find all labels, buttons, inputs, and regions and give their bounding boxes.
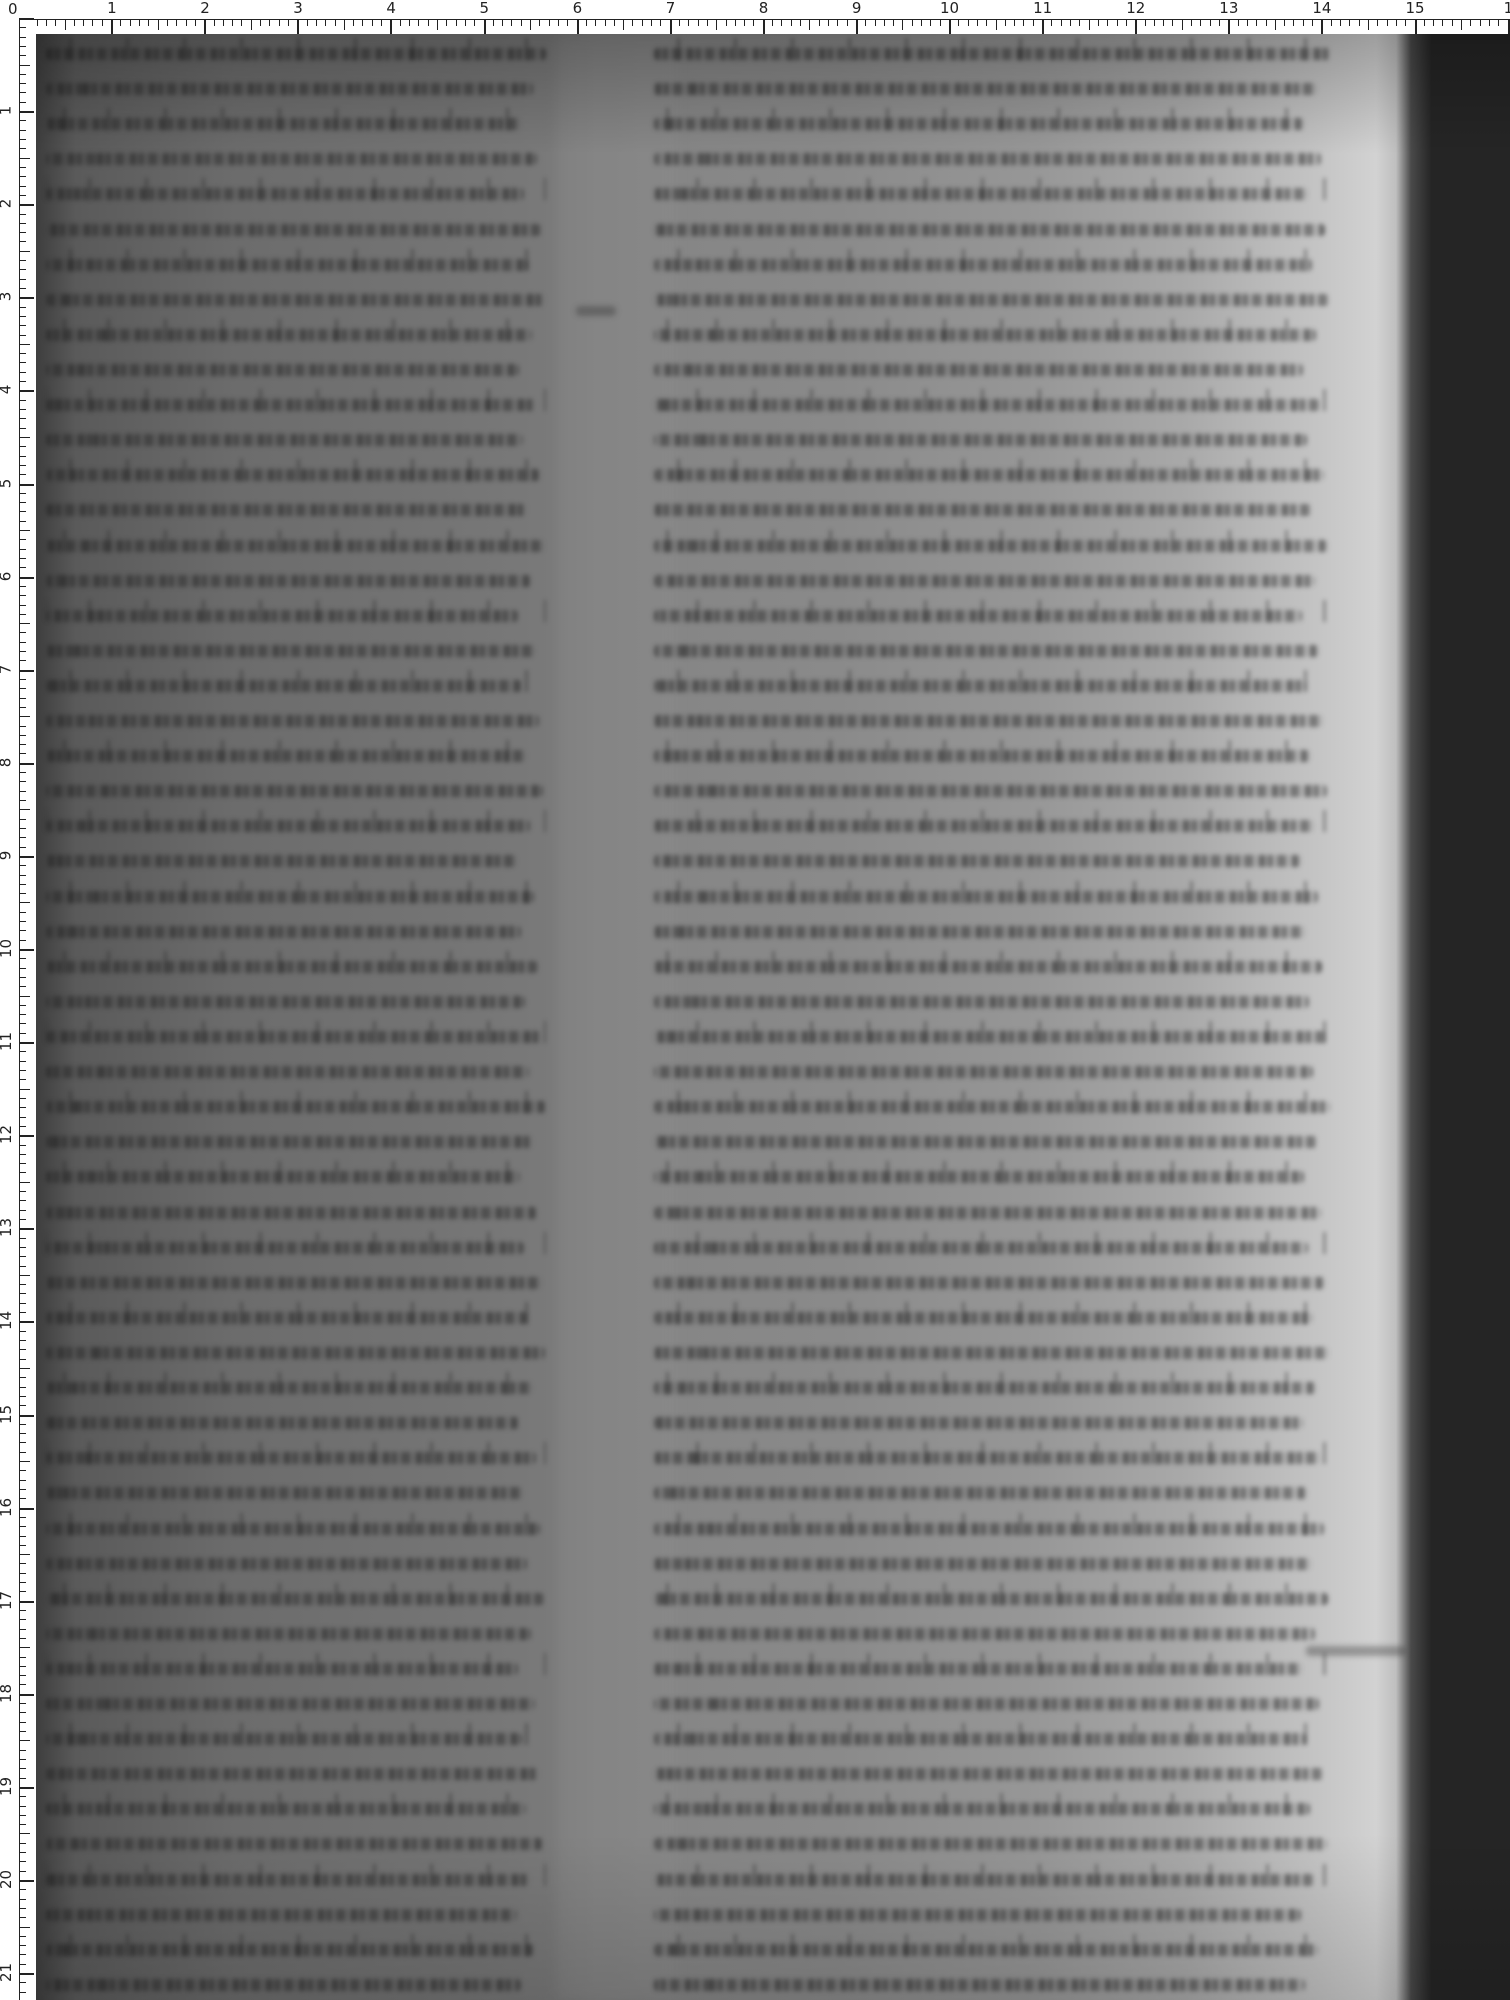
left-ruler-tick: [20, 958, 26, 959]
top-ruler-tick: [1079, 20, 1080, 26]
script-ascenders: [46, 1723, 546, 1745]
top-ruler-tick: [1051, 20, 1052, 26]
script-ascenders: [46, 530, 546, 552]
left-ruler-tick: [20, 139, 26, 140]
top-ruler-tick: [335, 20, 336, 26]
left-ruler-tick: [20, 409, 26, 410]
script-line: [46, 224, 541, 236]
top-ruler-tick: [1266, 20, 1267, 26]
left-ruler-tick: [20, 1768, 26, 1769]
script-ascenders: [46, 740, 546, 762]
script-line: [654, 224, 1325, 236]
script-line: [654, 996, 1309, 1008]
left-ruler-tick: [20, 1275, 30, 1276]
script-ascenders: [46, 38, 546, 60]
top-ruler-tick: [688, 20, 689, 26]
left-ruler-tick: [20, 912, 26, 913]
script-line: [654, 1979, 1305, 1991]
left-ruler-tick: [20, 1954, 26, 1955]
left-ruler-tick: [20, 1005, 26, 1006]
script-line: [46, 855, 517, 867]
left-ruler-tick: [20, 1545, 26, 1546]
left-ruler-tick: [20, 586, 26, 587]
left-ruler-tick: [20, 1145, 26, 1146]
left-ruler-tick: [20, 1992, 26, 1993]
top-ruler-tick: [1256, 20, 1257, 26]
left-ruler-tick: [20, 660, 26, 661]
top-ruler-label: 1: [1504, 1, 1510, 16]
left-ruler-label: 14: [0, 1311, 14, 1330]
gutter-mark: [576, 306, 616, 316]
left-ruler-tick: [20, 158, 30, 159]
left-ruler-tick: [20, 344, 30, 345]
top-ruler-tick: [1238, 20, 1239, 26]
left-ruler-tick: [20, 316, 26, 317]
top-ruler-tick: [1200, 20, 1201, 26]
left-ruler-tick: [20, 204, 34, 206]
left-ruler-tick: [20, 763, 34, 765]
script-line: [46, 1417, 519, 1429]
right-text-column: [654, 34, 1330, 2000]
script-ascenders: [654, 319, 1330, 341]
left-ruler-tick: [20, 921, 26, 922]
top-ruler-tick: [772, 20, 773, 26]
left-ruler-tick: [20, 428, 26, 429]
script-ascenders: [46, 389, 546, 411]
left-ruler-tick: [20, 977, 26, 978]
top-ruler-tick: [362, 20, 363, 26]
left-ruler-tick: [20, 1982, 26, 1983]
left-ruler-tick: [20, 828, 26, 829]
left-ruler-tick: [20, 1172, 26, 1173]
left-ruler-tick: [20, 390, 34, 392]
left-ruler-tick: [20, 1228, 34, 1230]
left-ruler-tick: [20, 1415, 34, 1417]
top-ruler-tick: [1014, 20, 1015, 26]
script-ascenders: [46, 951, 546, 973]
top-ruler-tick: [269, 20, 270, 26]
top-ruler-label: 7: [666, 1, 676, 16]
left-ruler-tick: [20, 325, 26, 326]
top-ruler-tick: [1359, 20, 1360, 26]
left-ruler-tick: [20, 726, 26, 727]
left-ruler-tick: [20, 418, 26, 419]
top-ruler-tick: [223, 20, 224, 26]
top-ruler-tick: [698, 20, 699, 26]
top-ruler-tick: [493, 20, 494, 26]
script-line: [46, 1768, 539, 1780]
script-line: [46, 645, 535, 657]
left-ruler-tick: [20, 930, 26, 931]
manuscript-photo: [36, 34, 1510, 2000]
top-ruler-tick: [456, 20, 457, 26]
left-ruler-label: 20: [0, 1870, 14, 1889]
script-line: [654, 715, 1323, 727]
top-ruler-tick: [92, 20, 93, 26]
left-ruler-tick: [20, 1303, 26, 1304]
top-ruler-tick: [511, 20, 512, 26]
script-ascenders: [46, 108, 546, 130]
left-ruler-label: 11: [0, 1032, 14, 1051]
top-ruler-tick: [102, 20, 103, 26]
top-ruler-tick: [1247, 20, 1248, 26]
left-ruler-tick: [20, 1778, 26, 1779]
left-text-column: [46, 34, 546, 2000]
top-ruler-tick: [1275, 20, 1276, 30]
script-ascenders: [654, 740, 1330, 762]
left-ruler-label: 4: [0, 385, 13, 395]
script-line: [46, 1487, 523, 1499]
script-line: [46, 434, 523, 446]
left-ruler-tick: [20, 530, 30, 531]
script-line: [46, 83, 533, 95]
script-ascenders: [46, 319, 546, 341]
left-ruler-tick: [20, 1684, 26, 1685]
top-ruler-tick: [195, 20, 196, 26]
left-ruler-tick: [20, 120, 26, 121]
left-ruler-tick: [20, 1433, 26, 1434]
top-ruler-tick: [549, 20, 550, 26]
script-ascenders: [654, 1723, 1330, 1745]
left-ruler-tick: [20, 986, 26, 987]
top-ruler-tick: [241, 20, 242, 26]
top-ruler-tick: [670, 20, 672, 34]
top-ruler-tick: [837, 20, 838, 26]
script-ascenders: [654, 1232, 1330, 1254]
left-ruler-tick: [20, 819, 26, 820]
left-ruler-tick: [20, 1387, 26, 1388]
top-ruler-tick: [139, 20, 140, 26]
left-ruler-label: 19: [0, 1777, 14, 1796]
script-ascenders: [46, 600, 546, 622]
top-ruler-label: 8: [759, 1, 769, 16]
script-line: [46, 1066, 529, 1078]
top-ruler-tick: [921, 20, 922, 26]
script-ascenders: [654, 670, 1330, 692]
left-ruler-tick: [20, 1070, 26, 1071]
left-ruler-tick: [20, 1442, 26, 1443]
top-ruler-tick: [577, 20, 579, 34]
left-ruler-tick: [20, 195, 26, 196]
left-ruler-tick: [20, 1908, 26, 1909]
top-ruler-tick: [167, 20, 168, 26]
top-ruler-tick: [279, 20, 280, 26]
top-ruler-tick: [586, 20, 587, 26]
top-ruler-tick: [1126, 20, 1127, 26]
binding-shadow: [1431, 34, 1510, 2000]
left-ruler-tick: [20, 1871, 26, 1872]
script-ascenders: [46, 1934, 546, 1956]
script-line: [654, 1347, 1329, 1359]
top-ruler-tick: [1442, 20, 1443, 26]
script-line: [654, 1417, 1303, 1429]
left-ruler-tick: [20, 1629, 26, 1630]
script-line: [654, 855, 1301, 867]
left-ruler-tick: [20, 1126, 26, 1127]
top-ruler-tick: [484, 20, 486, 34]
script-ascenders: [46, 1513, 546, 1535]
script-ascenders: [46, 1021, 546, 1043]
script-ascenders: [46, 1091, 546, 1113]
script-line: [46, 1628, 531, 1640]
script-ascenders: [654, 1021, 1330, 1043]
top-ruler-tick: [642, 20, 643, 26]
left-ruler-tick: [20, 186, 26, 187]
script-line: [654, 83, 1317, 95]
top-ruler-tick: [958, 20, 959, 26]
script-ascenders: [46, 249, 546, 271]
left-ruler-tick: [20, 1536, 26, 1537]
top-ruler-tick: [912, 20, 913, 26]
script-ascenders: [654, 1864, 1330, 1886]
left-ruler-tick: [20, 102, 26, 103]
left-ruler-tick: [20, 735, 26, 736]
script-line: [46, 364, 519, 376]
left-ruler-tick: [20, 1377, 26, 1378]
top-ruler-tick: [930, 20, 931, 26]
left-ruler-tick: [20, 18, 34, 20]
left-ruler-tick: [20, 1135, 34, 1137]
left-ruler-tick: [20, 1368, 30, 1369]
top-ruler-tick: [996, 20, 997, 30]
top-ruler-tick: [260, 20, 261, 26]
left-ruler-tick: [20, 539, 26, 540]
top-ruler-tick: [409, 20, 410, 26]
script-line: [46, 1347, 545, 1359]
left-ruler-tick: [20, 260, 26, 261]
left-ruler-tick: [20, 1079, 26, 1080]
left-ruler-tick: [20, 1563, 26, 1564]
top-ruler-label: 15: [1406, 1, 1425, 16]
left-ruler-tick: [20, 1033, 26, 1034]
top-ruler-tick: [446, 20, 447, 26]
left-ruler-tick: [20, 214, 26, 215]
left-ruler-tick: [20, 1293, 26, 1294]
top-ruler-label: 5: [480, 1, 490, 16]
left-ruler-tick: [20, 83, 26, 84]
top-ruler-label: 14: [1312, 1, 1331, 16]
top-ruler-tick: [1033, 20, 1034, 26]
left-ruler-tick: [20, 595, 26, 596]
top-ruler-tick: [605, 20, 606, 26]
top-ruler-tick: [1042, 20, 1044, 34]
top-ruler-tick: [1415, 20, 1417, 34]
top-ruler-tick: [288, 20, 289, 26]
left-ruler-label: 10: [0, 939, 14, 958]
script-line: [654, 434, 1307, 446]
top-ruler-tick: [316, 20, 317, 26]
left-ruler-tick: [20, 484, 34, 486]
script-line: [654, 364, 1303, 376]
left-ruler-tick: [20, 1266, 26, 1267]
left-ruler-tick: [20, 670, 34, 672]
script-line: [654, 1066, 1313, 1078]
left-ruler-tick: [20, 1824, 26, 1825]
left-ruler-tick: [20, 753, 26, 754]
left-ruler-tick: [20, 1405, 26, 1406]
script-ascenders: [654, 1442, 1330, 1464]
script-ascenders: [654, 1513, 1330, 1535]
left-ruler-tick: [20, 1480, 26, 1481]
script-line: [654, 1698, 1319, 1710]
left-ruler-tick: [20, 1191, 26, 1192]
top-ruler-tick: [186, 20, 187, 26]
script-line: [46, 1136, 533, 1148]
left-ruler-tick: [20, 1833, 30, 1834]
script-ascenders: [46, 881, 546, 903]
left-ruler-tick: [20, 362, 26, 363]
script-ascenders: [46, 1372, 546, 1394]
left-ruler-label: 13: [0, 1218, 14, 1237]
top-ruler-tick: [297, 20, 299, 34]
script-line: [654, 1277, 1325, 1289]
left-ruler-tick: [20, 1219, 26, 1220]
left-ruler-tick: [20, 1359, 26, 1360]
left-ruler-tick: [20, 1889, 26, 1890]
left-ruler-label: 21: [0, 1963, 14, 1982]
left-ruler-tick: [20, 1666, 26, 1667]
top-ruler-tick: [1293, 20, 1294, 26]
script-ascenders: [654, 178, 1330, 200]
script-line: [654, 575, 1315, 587]
left-ruler-tick: [20, 698, 26, 699]
top-ruler-tick: [735, 20, 736, 26]
left-ruler-tick: [20, 1182, 30, 1183]
top-ruler-tick: [353, 20, 354, 26]
left-ruler-tick: [20, 1470, 26, 1471]
left-ruler-tick: [20, 1238, 26, 1239]
left-ruler-tick: [20, 1424, 26, 1425]
left-ruler-tick: [20, 1256, 26, 1257]
top-ruler-tick: [530, 20, 531, 30]
top-ruler-tick: [893, 20, 894, 26]
left-ruler-tick: [20, 1200, 26, 1201]
top-ruler-tick: [567, 20, 568, 26]
left-ruler-tick: [20, 1861, 26, 1862]
script-line: [46, 153, 537, 165]
left-ruler-tick: [20, 1498, 26, 1499]
script-ascenders: [654, 1934, 1330, 1956]
left-ruler-tick: [20, 307, 26, 308]
top-ruler-tick: [828, 20, 829, 26]
script-line: [46, 1277, 541, 1289]
script-ascenders: [46, 670, 546, 692]
left-ruler-tick: [20, 381, 26, 382]
top-ruler-tick: [1508, 20, 1510, 34]
top-ruler-tick: [884, 20, 885, 26]
top-ruler-tick: [763, 20, 765, 34]
left-ruler-tick: [20, 1731, 26, 1732]
top-ruler-label: 9: [852, 1, 862, 16]
left-ruler-tick: [20, 1703, 26, 1704]
left-ruler-tick: [20, 893, 26, 894]
top-ruler-tick: [679, 20, 680, 26]
top-ruler-tick: [120, 20, 121, 26]
top-ruler-tick: [744, 20, 745, 26]
top-ruler-tick: [474, 20, 475, 26]
top-ruler-tick: [1210, 20, 1211, 26]
top-ruler-tick: [251, 20, 252, 30]
left-ruler-tick: [20, 1945, 26, 1946]
left-ruler-label: 17: [0, 1591, 14, 1610]
left-ruler-tick: [20, 269, 26, 270]
top-ruler-tick: [1470, 20, 1471, 26]
left-ruler-tick: [20, 27, 26, 28]
script-line: [46, 926, 521, 938]
top-ruler-tick: [74, 20, 75, 26]
top-ruler-tick: [1405, 20, 1406, 26]
left-ruler-tick: [20, 1489, 26, 1490]
top-ruler-tick: [232, 20, 233, 26]
script-ascenders: [654, 1161, 1330, 1183]
top-ruler-tick: [1387, 20, 1388, 26]
top-ruler-tick: [158, 20, 159, 30]
top-ruler-tick: [1154, 20, 1155, 26]
left-ruler-tick: [20, 223, 26, 224]
left-ruler-tick: [20, 1554, 30, 1555]
top-ruler-tick: [55, 20, 56, 26]
top-ruler-tick: [753, 20, 754, 26]
left-ruler-tick: [20, 1750, 26, 1751]
script-ascenders: [46, 1161, 546, 1183]
top-ruler-tick: [344, 20, 345, 30]
script-ascenders: [654, 459, 1330, 481]
top-ruler-tick: [1489, 20, 1490, 26]
left-ruler-tick: [20, 1051, 26, 1052]
top-ruler-label: 12: [1126, 1, 1145, 16]
top-ruler-tick: [809, 20, 810, 30]
top-ruler-tick: [791, 20, 792, 26]
left-ruler-tick: [20, 297, 34, 299]
left-ruler-label: 16: [0, 1498, 14, 1517]
left-ruler-tick: [20, 456, 26, 457]
left-ruler-label: 3: [0, 292, 13, 302]
left-ruler-tick: [20, 1899, 26, 1900]
left-ruler-tick: [20, 74, 26, 75]
top-ruler-tick: [1023, 20, 1024, 26]
left-ruler-tick: [20, 1452, 26, 1453]
left-ruler-label: 5: [0, 478, 13, 488]
script-line: [654, 1768, 1323, 1780]
left-ruler-tick: [20, 251, 30, 252]
script-ascenders: [654, 1372, 1330, 1394]
left-ruler-tick: [20, 1973, 34, 1975]
top-ruler-tick: [372, 20, 373, 26]
left-ruler-label: 8: [0, 758, 13, 768]
top-ruler-tick: [204, 20, 206, 34]
left-ruler-tick: [20, 1247, 26, 1248]
top-ruler-tick: [1303, 20, 1304, 26]
left-ruler-tick: [20, 446, 26, 447]
left-ruler-tick: [20, 46, 26, 47]
top-ruler-tick: [400, 20, 401, 26]
left-ruler-label: 12: [0, 1125, 14, 1144]
top-ruler-tick: [1191, 20, 1192, 26]
left-ruler-label: 2: [0, 199, 13, 209]
top-ruler-tick: [1219, 20, 1220, 26]
left-ruler-tick: [20, 1806, 26, 1807]
top-ruler-tick: [1396, 20, 1397, 26]
left-ruler-tick: [20, 511, 26, 512]
left-ruler-tick: [20, 1852, 26, 1853]
left-ruler: 123456789101112131415161718192021: [0, 18, 34, 2000]
top-ruler-tick: [1480, 20, 1481, 26]
top-ruler: 1234567891011121314151: [18, 0, 1510, 34]
left-ruler-tick: [20, 1712, 26, 1713]
top-ruler-tick: [307, 20, 308, 26]
left-ruler-tick: [20, 279, 26, 280]
left-ruler-tick: [20, 1042, 34, 1044]
